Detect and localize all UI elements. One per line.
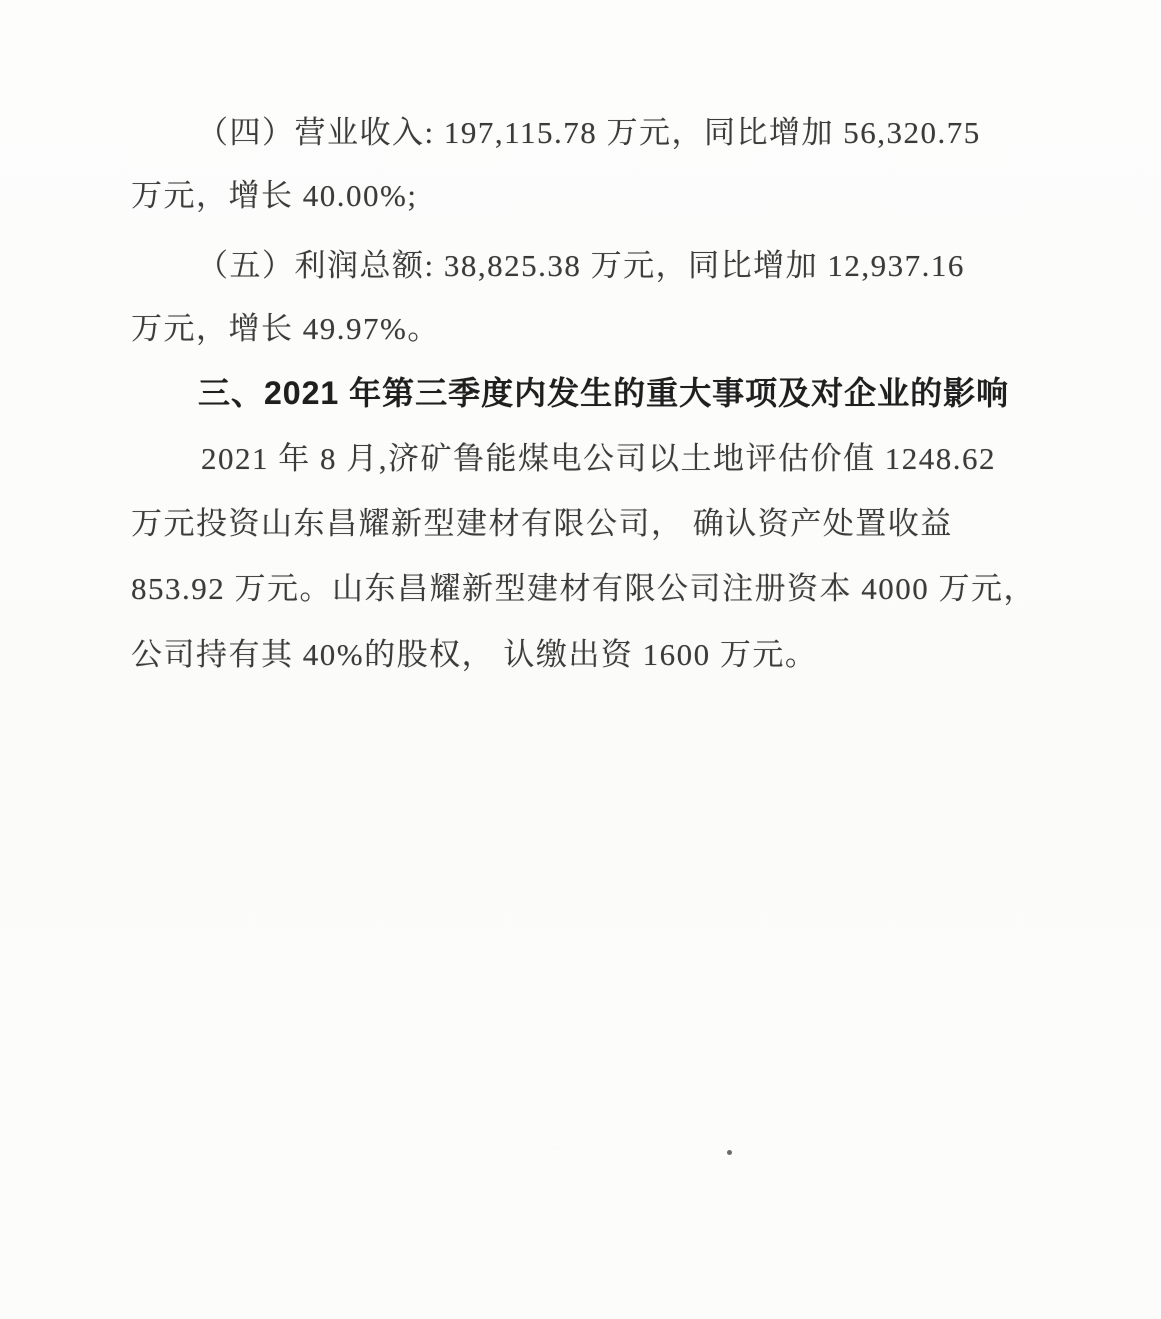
section-heading: 三、2021 年第三季度内发生的重大事项及对企业的影响 [198, 372, 1009, 414]
body-line-profit-2: 万元，增长 49.97%。 [131, 308, 440, 350]
body-line-event-4: 公司持有其 40%的股权， 认缴出资 1600 万元。 [131, 634, 817, 676]
body-line-revenue-2: 万元，增长 40.00%; [131, 175, 417, 217]
body-line-event-2: 万元投资山东昌耀新型建材有限公司， 确认资产处置收益 [131, 503, 953, 545]
ink-speck [727, 1150, 732, 1155]
document-page: （四）营业收入: 197,115.78 万元，同比增加 56,320.75 万元… [0, 0, 1161, 1319]
body-line-profit-1: （五）利润总额: 38,825.38 万元，同比增加 12,937.16 [197, 245, 965, 287]
body-line-event-3: 853.92 万元。山东昌耀新型建材有限公司注册资本 4000 万元， [131, 568, 1036, 610]
body-line-revenue-1: （四）营业收入: 197,115.78 万元，同比增加 56,320.75 [197, 112, 981, 154]
body-line-event-1: 2021 年 8 月,济矿鲁能煤电公司以土地评估价值 1248.62 [201, 438, 996, 480]
